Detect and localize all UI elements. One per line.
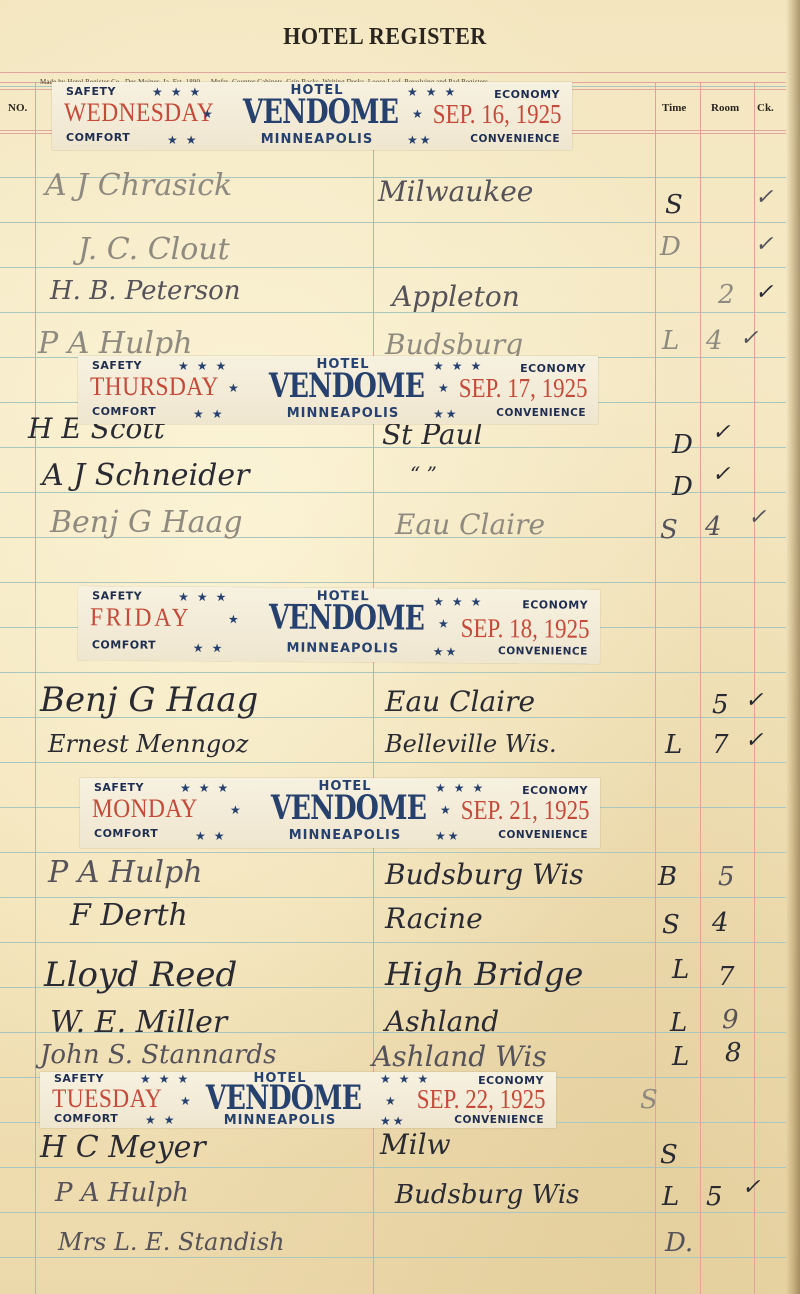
time-mark: B — [658, 862, 677, 892]
stub-brand: VENDOME — [269, 366, 417, 406]
check-mark: ✓ — [712, 420, 730, 445]
rule-line — [0, 852, 786, 853]
guest-location: Ashland — [385, 1005, 499, 1038]
guest-name: P A Hulph — [55, 1178, 189, 1208]
stub-date: SEP. 22, 1925 — [417, 1084, 546, 1115]
room-number: 7 — [718, 962, 735, 992]
time-mark: D — [672, 472, 693, 502]
check-mark: ✓ — [740, 326, 758, 351]
stub-comfort: COMFORT — [92, 638, 156, 651]
column-line — [700, 82, 701, 1294]
stub-convenience: CONVENIENCE — [454, 1114, 544, 1126]
column-header-room: Room — [711, 102, 739, 114]
star-icon: ★★★ — [180, 781, 236, 795]
stub-day: THURSDAY — [90, 372, 219, 402]
stub-safety: SAFETY — [92, 359, 142, 372]
time-mark: S — [665, 190, 683, 220]
date-stub-monday: SAFETY ★★★ MONDAY ★ COMFORT ★★ HOTEL VEN… — [80, 778, 600, 848]
star-icon: ★ — [230, 803, 249, 817]
stub-date: SEP. 18, 1925 — [461, 613, 590, 645]
room-number: 2 — [718, 280, 735, 310]
stub-city: MINNEAPOLIS — [253, 406, 433, 421]
guest-location: “ ” — [410, 462, 437, 486]
star-icon: ★ — [438, 381, 457, 395]
time-mark: S — [660, 515, 678, 545]
stub-safety: SAFETY — [66, 85, 116, 98]
guest-location: Appleton — [392, 280, 520, 313]
stub-brand: VENDOME — [269, 598, 417, 639]
column-line — [35, 82, 36, 1294]
star-icon: ★★★ — [433, 359, 489, 373]
room-number: 4 — [706, 326, 723, 356]
rule-line — [0, 762, 786, 763]
date-stub-friday: SAFETY ★★★ FRIDAY ★ COMFORT ★★ HOTEL VEN… — [78, 586, 601, 664]
guest-name: Benj G Haag — [40, 680, 258, 720]
stub-comfort: COMFORT — [66, 131, 130, 144]
star-icon: ★★ — [433, 645, 459, 659]
time-mark: L — [672, 1042, 689, 1072]
room-number: 4 — [712, 908, 729, 938]
rule-line — [0, 222, 786, 223]
book-spine-shadow — [786, 0, 800, 1294]
stub-comfort: COMFORT — [54, 1112, 118, 1125]
check-mark: ✓ — [755, 185, 773, 210]
star-icon: ★★ — [195, 829, 233, 843]
star-icon: ★★ — [167, 133, 205, 147]
stub-comfort: COMFORT — [94, 827, 158, 840]
star-icon: ★ — [412, 107, 431, 121]
rule-line — [0, 672, 786, 673]
date-stub-wednesday: SAFETY ★★★ WEDNESDAY ★ COMFORT ★★ HOTEL … — [52, 82, 572, 150]
stub-date: SEP. 21, 1925 — [461, 795, 590, 826]
time-mark: D. — [665, 1228, 693, 1258]
star-icon: ★★ — [433, 407, 459, 421]
check-mark: ✓ — [742, 1175, 760, 1200]
star-icon: ★ — [438, 617, 457, 631]
guest-name: Mrs L. E. Standish — [58, 1228, 285, 1256]
rule-line — [0, 1212, 786, 1213]
time-mark: S — [662, 910, 680, 940]
time-mark: S — [660, 1140, 678, 1170]
rule-line — [0, 72, 786, 73]
guest-name: W. E. Miller — [50, 1005, 227, 1040]
guest-name: F Derth — [70, 898, 188, 933]
star-icon: ★★★ — [433, 595, 489, 609]
guest-location: Budsburg Wis — [395, 1180, 580, 1210]
time-mark: S — [640, 1085, 658, 1115]
stub-convenience: CONVENIENCE — [498, 645, 588, 658]
star-icon: ★★ — [435, 829, 461, 843]
time-mark: D — [672, 430, 693, 460]
check-mark: ✓ — [745, 728, 763, 753]
stub-day: MONDAY — [92, 794, 198, 824]
star-icon: ★★ — [145, 1113, 183, 1127]
guest-name: A J Schneider — [42, 458, 249, 493]
time-mark: L — [665, 730, 682, 760]
guest-name: John S. Stannards — [40, 1040, 276, 1070]
stub-brand: VENDOME — [206, 1078, 354, 1118]
star-icon: ★★★ — [152, 85, 208, 99]
stub-day: TUESDAY — [52, 1084, 162, 1114]
star-icon: ★★★ — [407, 85, 463, 99]
guest-location: Belleville Wis. — [385, 730, 557, 758]
stub-safety: SAFETY — [92, 589, 142, 602]
stub-brand: VENDOME — [271, 788, 419, 828]
time-mark: L — [670, 1008, 687, 1038]
stub-day: FRIDAY — [90, 602, 191, 633]
check-mark: ✓ — [745, 688, 763, 713]
star-icon: ★★ — [193, 641, 231, 655]
stub-brand: VENDOME — [243, 92, 391, 132]
guest-name: H. B. Peterson — [50, 276, 241, 306]
stub-convenience: CONVENIENCE — [496, 407, 586, 419]
column-header-no: NO. — [8, 102, 27, 114]
guest-name: Ernest Menngoz — [48, 730, 248, 758]
guest-name: A J Chrasick — [45, 168, 232, 203]
star-icon: ★ — [440, 803, 459, 817]
check-mark: ✓ — [712, 462, 730, 487]
rule-line — [0, 942, 786, 943]
room-number: 5 — [718, 862, 735, 892]
time-mark: L — [662, 1182, 679, 1212]
guest-name: Benj G Haag — [50, 505, 243, 540]
guest-name: J. C. Clout — [78, 232, 230, 267]
stub-convenience: CONVENIENCE — [498, 829, 588, 841]
time-mark: D — [660, 232, 681, 262]
guest-location: Milwaukee — [378, 175, 533, 208]
stub-date: SEP. 17, 1925 — [459, 373, 588, 404]
star-icon: ★ — [202, 107, 221, 121]
register-page: HOTEL REGISTER Made by Hotel Register Co… — [0, 0, 800, 1294]
star-icon: ★★ — [193, 407, 231, 421]
room-number: 5 — [706, 1182, 723, 1212]
stub-city: MINNEAPOLIS — [253, 640, 433, 656]
check-mark: ✓ — [748, 505, 766, 530]
guest-location: Eau Claire — [395, 508, 545, 541]
guest-location: Milw — [380, 1128, 451, 1161]
check-mark: ✓ — [755, 232, 773, 257]
guest-name: H C Meyer — [40, 1130, 206, 1165]
stub-economy: ECONOMY — [522, 598, 588, 611]
guest-location: Budsburg Wis — [385, 858, 584, 891]
guest-location: Ashland Wis — [372, 1040, 547, 1073]
star-icon: ★★ — [407, 133, 433, 147]
stub-convenience: CONVENIENCE — [470, 133, 560, 145]
guest-location: Eau Claire — [385, 685, 535, 718]
time-mark: L — [662, 326, 679, 356]
room-number: 4 — [705, 512, 722, 542]
star-icon: ★ — [385, 1094, 404, 1108]
date-stub-thursday: SAFETY ★★★ THURSDAY ★ COMFORT ★★ HOTEL V… — [78, 356, 598, 424]
room-number: 9 — [722, 1005, 739, 1035]
star-icon: ★★★ — [435, 781, 491, 795]
room-number: 7 — [712, 730, 729, 760]
rule-line — [0, 582, 786, 583]
star-icon: ★ — [180, 1094, 199, 1108]
stub-comfort: COMFORT — [92, 405, 156, 418]
stub-city: MINNEAPOLIS — [255, 828, 435, 843]
star-icon: ★ — [228, 381, 247, 395]
stub-date: SEP. 16, 1925 — [433, 99, 562, 130]
rule-line — [0, 267, 786, 268]
star-icon: ★★ — [380, 1114, 406, 1128]
guest-name: Lloyd Reed — [44, 955, 237, 995]
stub-city: MINNEAPOLIS — [227, 132, 407, 147]
room-number: 8 — [725, 1038, 742, 1068]
guest-location: Racine — [385, 902, 483, 935]
stub-day: WEDNESDAY — [64, 98, 214, 128]
stub-city: MINNEAPOLIS — [190, 1113, 370, 1128]
star-icon: ★★★ — [178, 359, 234, 373]
time-mark: L — [672, 955, 689, 985]
room-number: 5 — [712, 690, 729, 720]
guest-location: High Bridge — [385, 955, 583, 993]
column-header-time: Time — [662, 102, 686, 114]
guest-name: P A Hulph — [48, 855, 203, 890]
stub-safety: SAFETY — [94, 781, 144, 794]
date-stub-tuesday: SAFETY ★★★ TUESDAY ★ COMFORT ★★ HOTEL VE… — [40, 1072, 556, 1128]
page-title: HOTEL REGISTER — [31, 24, 739, 51]
column-header-ck: Ck. — [757, 102, 774, 114]
star-icon: ★ — [228, 612, 247, 626]
check-mark: ✓ — [755, 280, 773, 305]
